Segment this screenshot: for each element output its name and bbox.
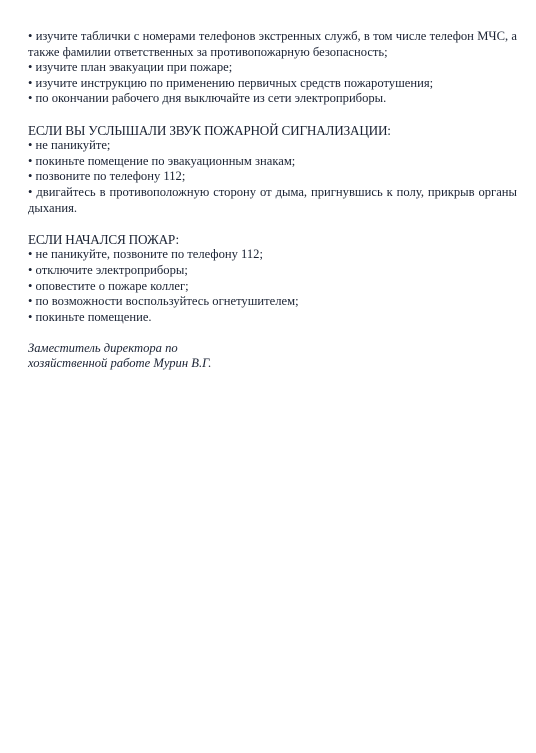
signature-title: Заместитель директора по <box>28 341 517 357</box>
list-item: • позвоните по телефону 112; <box>28 169 517 185</box>
alarm-instructions: ЕСЛИ ВЫ УСЛЫШАЛИ ЗВУК ПОЖАРНОЙ СИГНАЛИЗА… <box>28 123 517 217</box>
list-item: • отключите электроприборы; <box>28 263 517 279</box>
section-heading: ЕСЛИ ВЫ УСЛЫШАЛИ ЗВУК ПОЖАРНОЙ СИГНАЛИЗА… <box>28 123 517 139</box>
signature-name: хозяйственной работе Мурин В.Г. <box>28 356 517 372</box>
list-item: • не паникуйте, позвоните по телефону 11… <box>28 247 517 263</box>
fire-instructions: ЕСЛИ НАЧАЛСЯ ПОЖАР: • не паникуйте, позв… <box>28 232 517 326</box>
list-item: • не паникуйте; <box>28 138 517 154</box>
list-item: • изучите план эвакуации при пожаре; <box>28 60 517 76</box>
list-item: • по возможности воспользуйтесь огнетуши… <box>28 294 517 310</box>
signature: Заместитель директора по хозяйственной р… <box>28 341 517 372</box>
document-page: • изучите таблички с номерами телефонов … <box>28 29 517 372</box>
list-item: • покиньте помещение. <box>28 310 517 326</box>
list-item: • по окончании рабочего дня выключайте и… <box>28 91 517 107</box>
list-item: • изучите таблички с номерами телефонов … <box>28 29 517 60</box>
list-item: • изучите инструкцию по применению перви… <box>28 76 517 92</box>
list-item: • оповестите о пожаре коллег; <box>28 279 517 295</box>
list-item: • двигайтесь в противоположную сторону о… <box>28 185 517 216</box>
list-item: • покиньте помещение по эвакуационным зн… <box>28 154 517 170</box>
general-instructions: • изучите таблички с номерами телефонов … <box>28 29 517 107</box>
section-heading: ЕСЛИ НАЧАЛСЯ ПОЖАР: <box>28 232 517 248</box>
